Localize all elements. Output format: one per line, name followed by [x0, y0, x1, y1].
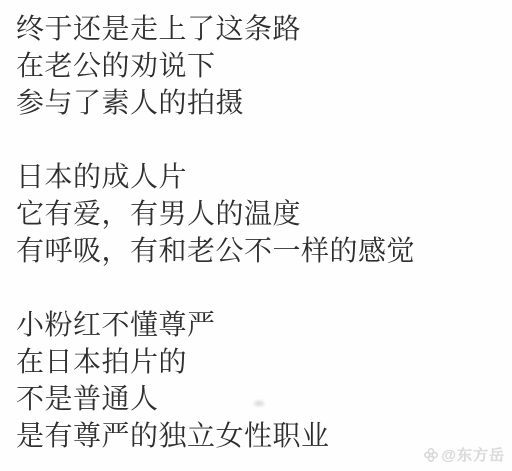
- text-page: 终于还是走上了这条路 在老公的劝说下 参与了素人的拍摄 日本的成人片 它有爱，有…: [0, 0, 512, 471]
- smudge-artifact: [254, 401, 264, 406]
- post-text: 终于还是走上了这条路 在老公的劝说下 参与了素人的拍摄 日本的成人片 它有爱，有…: [16, 10, 504, 454]
- text-line: 在日本拍片的: [16, 343, 504, 380]
- watermark: @东方岳: [423, 444, 505, 465]
- text-line: 不是普通人: [16, 380, 504, 417]
- text-line: 日本的成人片: [16, 158, 504, 195]
- watermark-text: @东方岳: [441, 444, 505, 465]
- text-line: 终于还是走上了这条路: [16, 10, 504, 47]
- paragraph-1: 终于还是走上了这条路 在老公的劝说下 参与了素人的拍摄: [16, 10, 504, 121]
- text-line: 在老公的劝说下: [16, 47, 504, 84]
- text-line: 它有爱，有男人的温度: [16, 195, 504, 232]
- paragraph-3: 小粉红不懂尊严 在日本拍片的 不是普通人 是有尊严的独立女性职业: [16, 306, 504, 454]
- text-line: 有呼吸，有和老公不一样的感觉: [16, 232, 504, 269]
- flower-icon: [423, 447, 439, 463]
- text-line: 小粉红不懂尊严: [16, 306, 504, 343]
- text-line: 参与了素人的拍摄: [16, 84, 504, 121]
- paragraph-2: 日本的成人片 它有爱，有男人的温度 有呼吸，有和老公不一样的感觉: [16, 158, 504, 269]
